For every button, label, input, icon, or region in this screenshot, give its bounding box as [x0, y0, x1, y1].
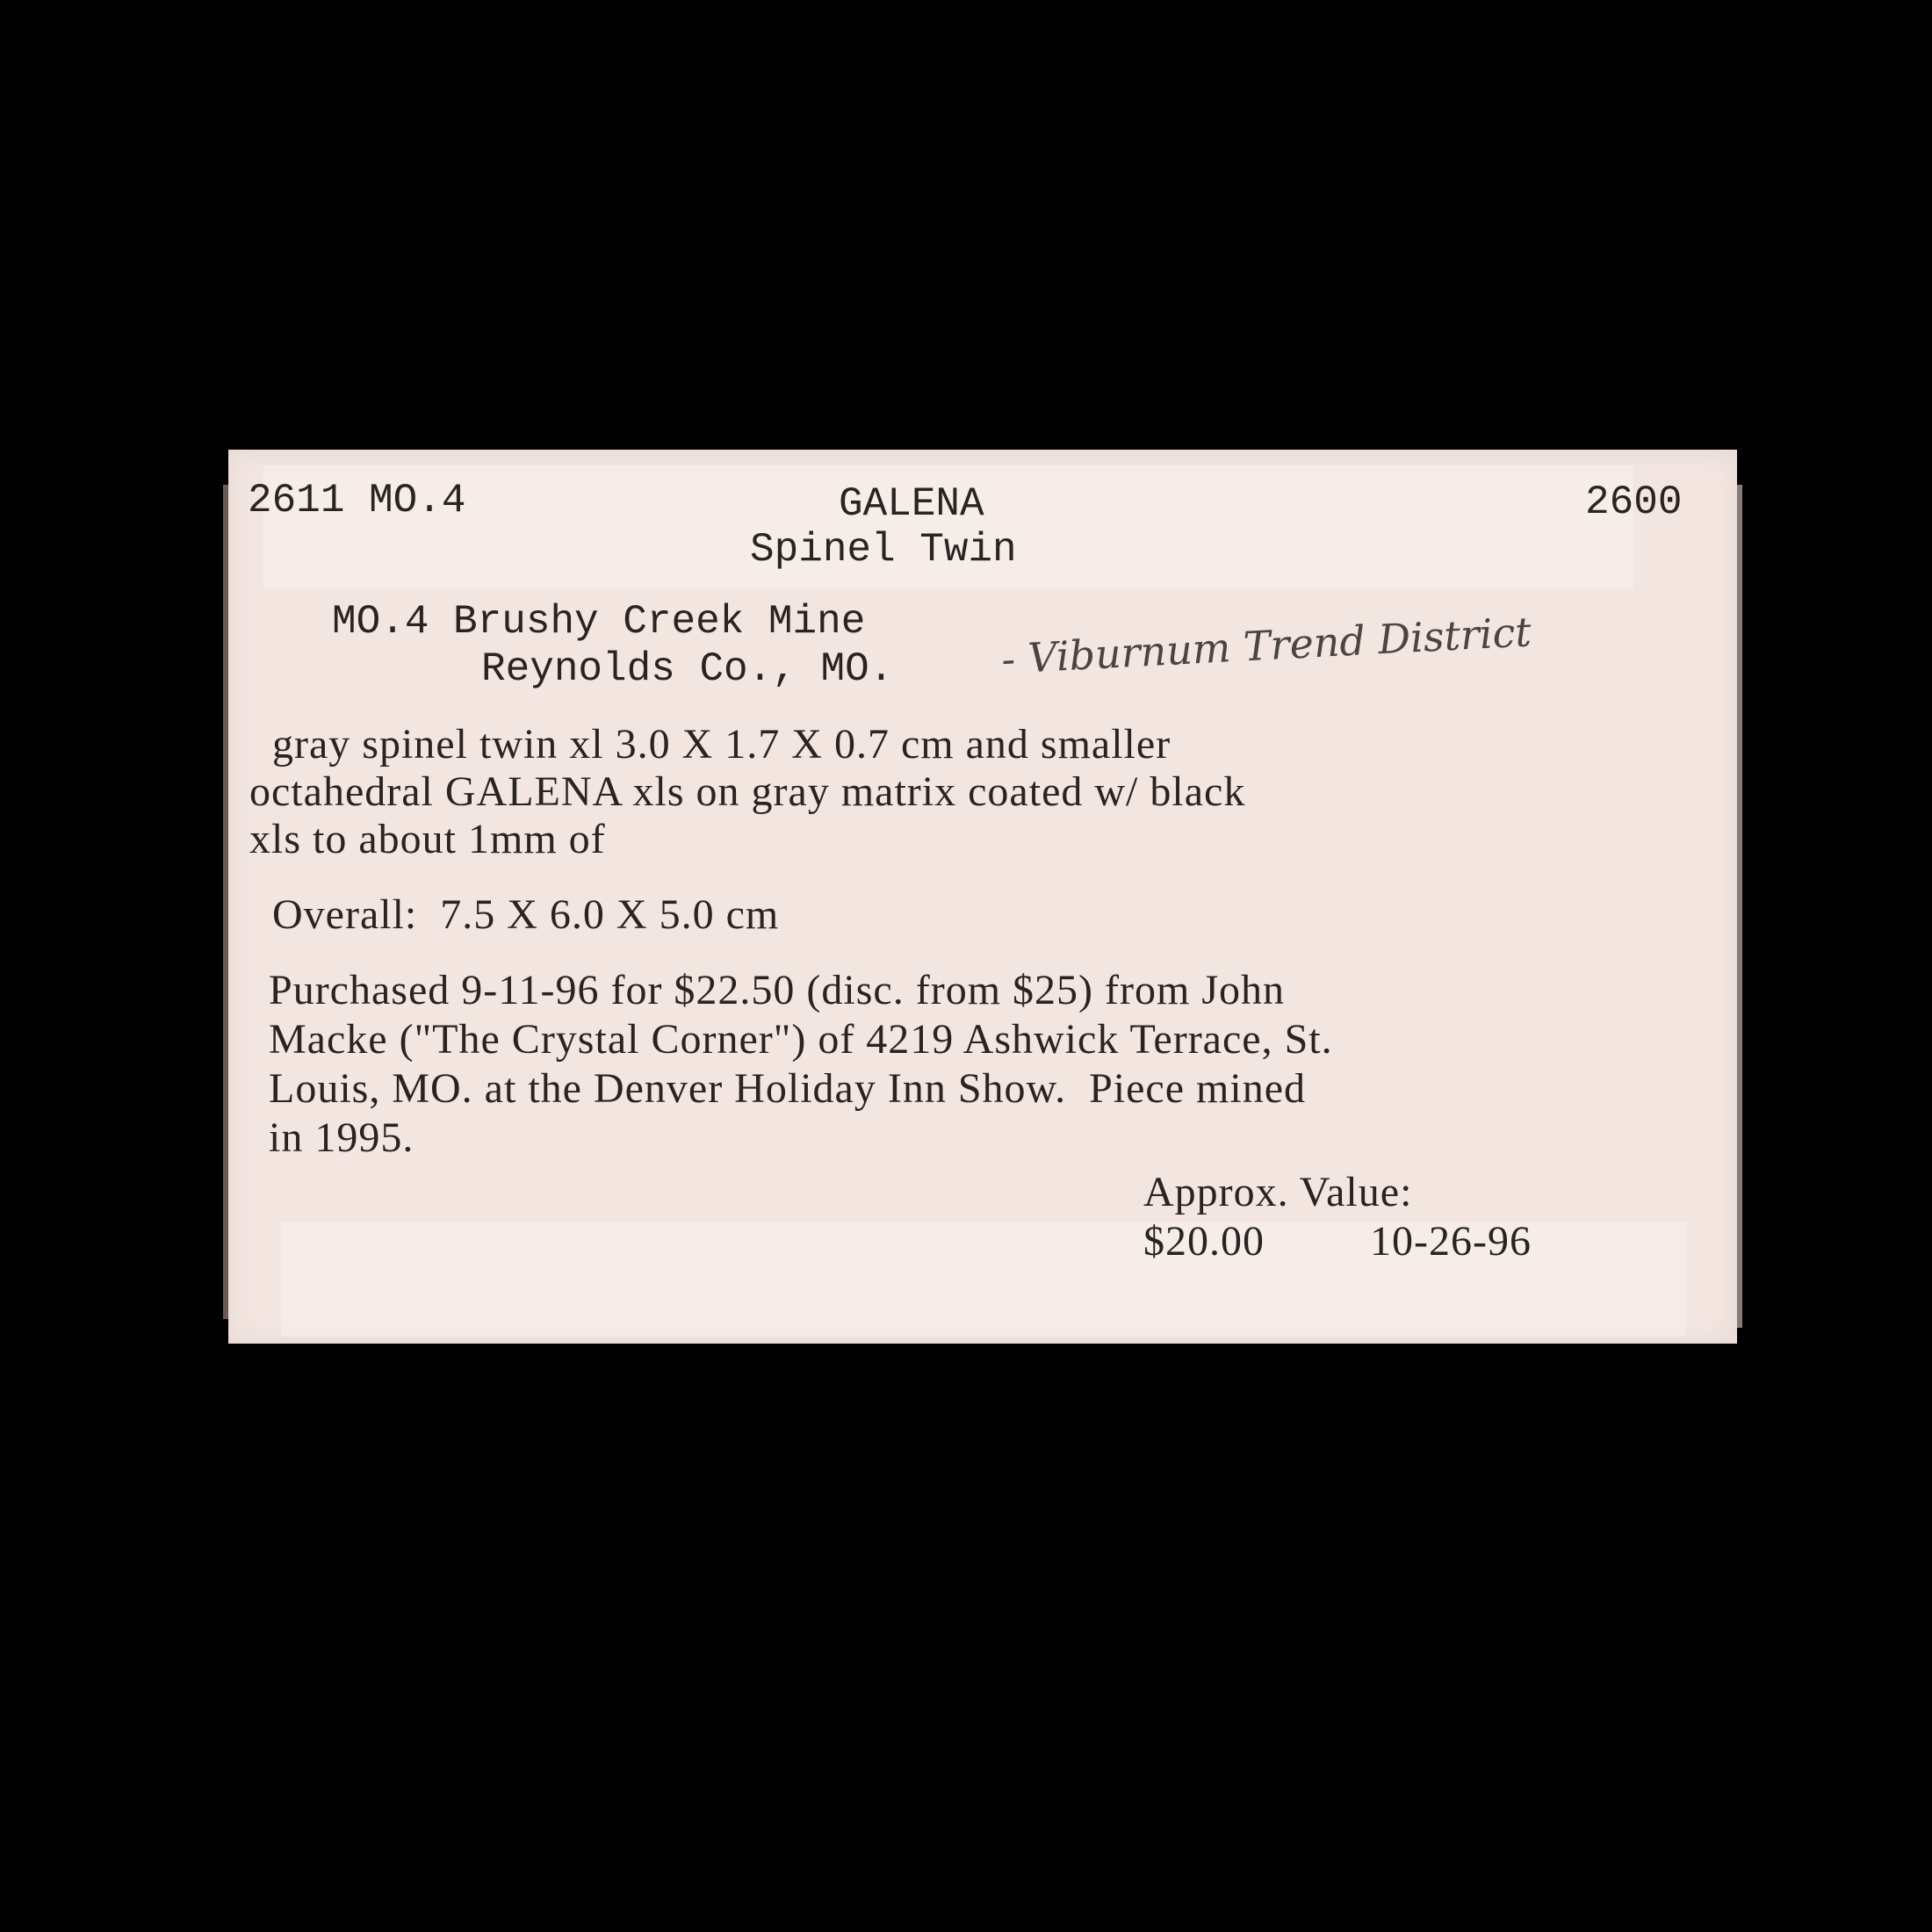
purchase-line2: Macke ("The Crystal Corner") of 4219 Ash… [269, 1015, 1333, 1064]
value-date: 10-26-96 [1370, 1217, 1532, 1266]
locality-line2: Reynolds Co., MO. [481, 645, 893, 694]
mineral-name: GALENA [839, 479, 984, 529]
locality-line1: MO.4 Brushy Creek Mine [332, 597, 865, 646]
overall-size: Overall: 7.5 X 6.0 X 5.0 cm [272, 890, 779, 940]
catalog-number: 2611 MO.4 [248, 476, 465, 525]
description-line2: octahedral GALENA xls on gray matrix coa… [249, 768, 1245, 817]
card-edge-left [223, 485, 228, 1319]
card-edge-right [1737, 485, 1742, 1328]
description-line3: xls to about 1mm of [249, 815, 606, 864]
purchase-line3: Louis, MO. at the Denver Holiday Inn Sho… [269, 1064, 1306, 1114]
description-line1: gray spinel twin xl 3.0 X 1.7 X 0.7 cm a… [272, 720, 1171, 769]
right-number: 2600 [1585, 478, 1682, 527]
purchase-line4: in 1995. [269, 1114, 414, 1163]
purchase-line1: Purchased 9-11-96 for $22.50 (disc. from… [269, 966, 1285, 1015]
specimen-label-card: 2611 MO.4 GALENA 2600 Spinel Twin MO.4 B… [228, 450, 1737, 1344]
handwritten-note: - Viburnum Trend District [1000, 608, 1532, 683]
habit: Spinel Twin [750, 525, 1017, 574]
value-label: Approx. Value: [1143, 1168, 1412, 1217]
value-amount: $20.00 [1143, 1217, 1265, 1266]
